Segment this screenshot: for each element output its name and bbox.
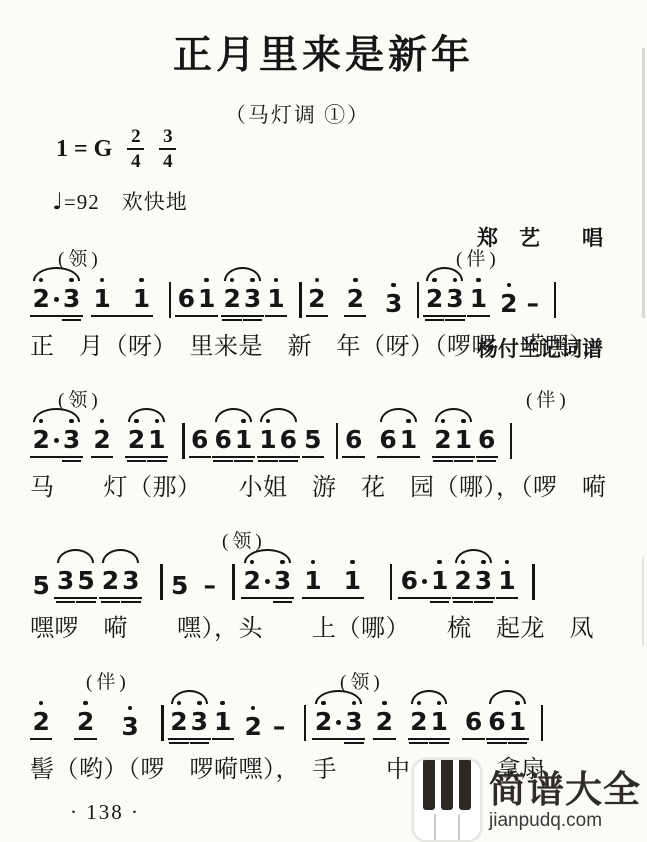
note-glyph: 3	[63, 427, 80, 453]
note: 1	[509, 701, 526, 736]
octave-dot	[406, 419, 411, 424]
quarter-note-icon: ♩	[52, 189, 64, 215]
part-label-accompany: (伴)	[86, 667, 130, 694]
note-glyph: 3	[446, 286, 463, 312]
note: 2	[77, 701, 94, 736]
octave-dot	[350, 560, 355, 565]
note: 6	[191, 419, 208, 454]
note-group-slurred: 35	[54, 560, 97, 600]
note: 2	[223, 278, 240, 313]
second-underline	[454, 460, 473, 463]
second-underline	[101, 601, 120, 604]
note-group-slurred: 23	[423, 278, 466, 318]
barline	[336, 423, 339, 459]
octave-dot	[39, 419, 44, 424]
tempo-marking: ♩=92 欢快地	[52, 186, 188, 216]
note: 2	[93, 419, 110, 454]
note: 2	[426, 278, 443, 313]
note-glyph: 2	[33, 427, 50, 453]
note-glyph: 5	[33, 573, 50, 599]
second-underline	[445, 319, 464, 322]
octave-dot	[83, 701, 88, 706]
note: 1	[430, 701, 447, 736]
note-group-slurred: 61	[212, 419, 255, 459]
note-glyph: 1	[431, 568, 448, 594]
note: 3	[385, 283, 402, 318]
note-glyph: 1	[133, 286, 150, 312]
barline	[510, 423, 513, 459]
part-label-accompany: (伴)	[526, 385, 570, 412]
second-underline	[127, 460, 146, 463]
note-group: 11	[302, 560, 364, 600]
barline	[161, 705, 164, 741]
note: 2	[243, 560, 260, 595]
note-group: 3	[382, 283, 404, 318]
second-underline	[430, 601, 449, 604]
octave-dot	[274, 278, 279, 283]
note: 2	[315, 701, 332, 736]
augmentation-dot	[421, 571, 428, 595]
note: 2	[410, 701, 427, 736]
note-glyph: 1	[259, 427, 276, 453]
note: 5	[33, 565, 50, 600]
note-glyph: 2	[347, 286, 364, 312]
key-signature: 1 = G 2 4 3 4	[56, 127, 176, 171]
note-group: 5	[302, 419, 324, 459]
octave-dot	[280, 560, 285, 565]
scan-artifact	[642, 556, 644, 646]
note: 2	[33, 701, 50, 736]
note-glyph: 2	[308, 286, 325, 312]
octave-dot	[382, 701, 387, 706]
note-glyph: 1	[344, 568, 361, 594]
note: 3	[63, 278, 80, 313]
note-glyph: 2	[243, 568, 260, 594]
note-glyph: 2	[93, 427, 110, 453]
note-glyph: 6	[401, 568, 418, 594]
second-underline	[56, 601, 75, 604]
octave-dot	[321, 701, 326, 706]
octave-dot	[69, 419, 74, 424]
note: 1	[235, 419, 252, 454]
note-glyph: 2	[33, 286, 50, 312]
note-glyph: 1	[509, 709, 526, 735]
note-glyph: 1	[304, 568, 321, 594]
barline	[304, 705, 307, 741]
note-glyph: 3	[345, 709, 362, 735]
note-group: 2	[306, 278, 328, 318]
note-group: 3	[119, 706, 141, 741]
fraction-bar	[127, 148, 144, 150]
second-underline	[273, 601, 292, 604]
note-group: 2	[30, 701, 52, 741]
note-group-slurred: 23	[30, 278, 83, 318]
note-group: –	[270, 706, 288, 741]
octave-dot	[251, 706, 256, 711]
second-underline	[477, 460, 496, 463]
black-key	[423, 760, 435, 810]
octave-dot	[139, 278, 144, 283]
note-group: –	[524, 283, 542, 318]
augmentation-dot	[335, 712, 342, 736]
note: 1	[431, 560, 448, 595]
note: 1	[214, 701, 231, 736]
note-group-slurred: 23	[99, 560, 142, 600]
note: 6	[401, 560, 418, 595]
octave-dot	[437, 701, 442, 706]
note-glyph: 6	[465, 709, 482, 735]
octave-dot	[266, 419, 271, 424]
octave-dot	[250, 560, 255, 565]
augmentation-dot	[264, 571, 271, 595]
note-glyph: 2	[102, 568, 119, 594]
music-system: (领)535235–231161231嘿啰 嗬 嘿），头 上（哪） 梳 起龙 凤	[30, 526, 642, 643]
note-glyph: 2	[315, 709, 332, 735]
octave-dot	[461, 560, 466, 565]
note-group-slurred: 21	[408, 701, 451, 741]
note: 6	[280, 419, 297, 454]
dot-glyph	[54, 297, 59, 302]
note: 6	[178, 278, 195, 313]
note-group-slurred: 23	[30, 419, 83, 459]
note-glyph: 6	[488, 709, 505, 735]
note-glyph: 2	[376, 709, 393, 735]
note: 2	[434, 419, 451, 454]
note: 2	[376, 701, 393, 736]
note: 3	[121, 706, 138, 741]
note-group: 6	[462, 701, 484, 741]
note: 3	[446, 278, 463, 313]
note-glyph: 6	[345, 427, 362, 453]
barline	[232, 564, 235, 600]
note-glyph: 2	[170, 709, 187, 735]
second-underline	[487, 742, 506, 745]
note-glyph: 1	[214, 709, 231, 735]
note-glyph: 3	[274, 568, 291, 594]
note-glyph: 1	[498, 568, 515, 594]
barline	[169, 282, 172, 318]
note: 5	[171, 565, 188, 600]
second-underline	[453, 601, 472, 604]
note-group-slurred: 23	[168, 701, 211, 741]
barline	[299, 282, 302, 318]
dash-extension: –	[203, 565, 216, 600]
octave-dot	[230, 278, 235, 283]
note-group-slurred: 23	[221, 278, 264, 318]
note-group: 2	[242, 706, 264, 741]
note: 6	[214, 419, 231, 454]
dot-glyph	[336, 720, 341, 725]
lyrics-line: 马 灯（那） 小姐 游 花 园（哪），（啰 嗬	[30, 467, 642, 502]
note-glyph: 2	[434, 427, 451, 453]
note: 2	[170, 701, 187, 736]
note: 3	[475, 560, 492, 595]
note: 1	[148, 419, 165, 454]
note: 2	[244, 706, 261, 741]
lyrics-line: 嘿啰 嗬 嘿），头 上（哪） 梳 起龙 凤	[30, 608, 642, 643]
note: 1	[259, 419, 276, 454]
second-underline	[409, 742, 428, 745]
barline	[182, 423, 185, 459]
octave-dot	[515, 701, 520, 706]
octave-dot	[69, 278, 74, 283]
octave-dot	[481, 560, 486, 565]
octave-dot	[197, 701, 202, 706]
note-glyph: –	[203, 573, 216, 599]
dash-extension: –	[273, 706, 286, 741]
note: 3	[191, 701, 208, 736]
note-glyph: 6	[178, 286, 195, 312]
octave-dot	[155, 419, 160, 424]
note-glyph: 6	[379, 427, 396, 453]
note-glyph: 2	[244, 714, 261, 740]
note-glyph: 5	[171, 573, 188, 599]
second-underline	[121, 601, 140, 604]
music-systems: (领)(伴)2311612312232312–正 月（呀） 里来是 新 年（呀）…	[30, 244, 642, 808]
octave-dot	[315, 278, 320, 283]
note-glyph: 1	[198, 286, 215, 312]
note-group: 2	[91, 419, 113, 459]
note-group: 61	[398, 560, 451, 600]
dot-glyph	[422, 579, 427, 584]
piano-keys-icon	[412, 758, 482, 842]
second-underline	[190, 742, 209, 745]
note: 1	[93, 278, 110, 313]
octave-dot	[220, 701, 225, 706]
barline	[417, 282, 420, 318]
note-glyph: 1	[235, 427, 252, 453]
scan-artifact	[642, 48, 645, 318]
octave-dot	[476, 278, 481, 283]
note-group: 1	[212, 701, 234, 741]
song-title: 正月里来是新年	[0, 24, 647, 80]
octave-dot	[507, 283, 512, 288]
octave-dot	[353, 278, 358, 283]
note-glyph: –	[273, 714, 286, 740]
octave-dot	[311, 560, 316, 565]
second-underline	[76, 601, 95, 604]
note-glyph: 6	[214, 427, 231, 453]
octave-dot	[100, 278, 105, 283]
note: 6	[345, 419, 362, 454]
note: 2	[308, 278, 325, 313]
note-group: 2	[344, 278, 366, 318]
note: 1	[400, 419, 417, 454]
note-glyph: –	[527, 291, 540, 317]
note-group: 5	[30, 565, 52, 600]
note: 2	[102, 560, 119, 595]
note-glyph: 3	[244, 286, 261, 312]
note-group: 6	[476, 419, 498, 459]
note: 2	[33, 419, 50, 454]
note-glyph: 2	[128, 427, 145, 453]
note-glyph: 3	[385, 291, 402, 317]
barline	[390, 564, 393, 600]
note-group-slurred: 61	[377, 419, 420, 459]
note-group-slurred: 21	[125, 419, 168, 459]
note-glyph: 2	[500, 291, 517, 317]
note-glyph: 3	[475, 568, 492, 594]
note: 1	[304, 560, 321, 595]
tempo-bpm: 92	[77, 190, 100, 214]
note-group-slurred: 61	[486, 701, 529, 741]
note: 2	[347, 278, 364, 313]
note-glyph: 3	[57, 568, 74, 594]
note-group: 1	[467, 278, 489, 318]
tempo-mood: 欢快地	[122, 190, 188, 214]
second-underline	[279, 460, 298, 463]
note-glyph: 2	[454, 568, 471, 594]
notation-row: 535235–231161231	[30, 553, 642, 599]
note: 1	[455, 419, 472, 454]
barline	[541, 705, 544, 741]
sheet-music-page: 正月里来是新年 （马灯调 ①） 1 = G 2 4 3 4 ♩=92 欢快地 郑…	[0, 0, 647, 842]
black-key	[459, 760, 471, 810]
second-underline	[474, 601, 493, 604]
time-signature-3-4: 3 4	[159, 127, 176, 171]
octave-dot	[204, 278, 209, 283]
octave-dot	[100, 419, 105, 424]
note: 2	[33, 278, 50, 313]
second-underline	[425, 319, 444, 322]
note-glyph: 1	[93, 286, 110, 312]
octave-dot	[241, 419, 246, 424]
note-glyph: 6	[478, 427, 495, 453]
key-label: 1 = G	[56, 136, 112, 163]
note-group-slurred: 23	[241, 560, 294, 600]
white-key-divider	[458, 814, 460, 840]
note: 3	[63, 419, 80, 454]
second-underline	[147, 460, 166, 463]
note: 6	[478, 419, 495, 454]
white-key-divider	[434, 814, 436, 840]
octave-dot	[391, 283, 396, 288]
note: 1	[133, 278, 150, 313]
note-group: 61	[175, 278, 218, 318]
lyrics-line: 正 月（呀） 里来是 新 年（呀）（啰啰 嗬嘿），	[30, 326, 642, 361]
note: 1	[198, 278, 215, 313]
barline	[160, 564, 163, 600]
note-glyph: 5	[304, 427, 321, 453]
octave-dot	[432, 278, 437, 283]
note-group: 2	[498, 283, 520, 318]
watermark-logo: 简谱大全 jianpudq.com	[412, 758, 641, 842]
second-underline	[344, 742, 363, 745]
octave-dot	[352, 701, 357, 706]
dash-extension: –	[527, 283, 540, 318]
note-group-slurred: 21	[432, 419, 475, 459]
part-label-accompany: (伴)	[456, 244, 500, 271]
octave-dot	[177, 701, 182, 706]
note-group-slurred: 23	[312, 701, 365, 741]
notation-row: 2311612312232312–	[30, 271, 642, 317]
dot-glyph	[265, 579, 270, 584]
note-group: 5	[169, 565, 191, 600]
octave-dot	[441, 419, 446, 424]
dot-glyph	[54, 438, 59, 443]
octave-dot	[128, 706, 133, 711]
note-glyph: 6	[191, 427, 208, 453]
note-group: 11	[91, 278, 153, 318]
octave-dot	[453, 278, 458, 283]
second-underline	[429, 742, 448, 745]
octave-dot	[39, 701, 44, 706]
note: 1	[498, 560, 515, 595]
octave-dot	[505, 560, 510, 565]
octave-dot	[134, 419, 139, 424]
note-glyph: 6	[280, 427, 297, 453]
note-group-slurred: 16	[257, 419, 300, 459]
note-glyph: 2	[33, 709, 50, 735]
note-glyph: 2	[410, 709, 427, 735]
second-underline	[213, 460, 232, 463]
note-glyph: 3	[191, 709, 208, 735]
note-glyph: 5	[77, 568, 94, 594]
second-underline	[222, 319, 241, 322]
note: 6	[488, 701, 505, 736]
black-key	[441, 760, 453, 810]
note-group: 1	[496, 560, 518, 600]
barline	[532, 564, 535, 600]
note-glyph: 2	[77, 709, 94, 735]
note: 3	[345, 701, 362, 736]
octave-dot	[437, 560, 442, 565]
note-group: 2	[373, 701, 395, 741]
second-underline	[169, 742, 188, 745]
augmentation-dot	[53, 289, 60, 313]
note: 6	[465, 701, 482, 736]
note-glyph: 1	[470, 286, 487, 312]
octave-dot	[417, 701, 422, 706]
note: 6	[379, 419, 396, 454]
note-group: 6	[189, 419, 211, 459]
brand-url: jianpudq.com	[489, 811, 641, 830]
note: 3	[122, 560, 139, 595]
octave-dot	[461, 419, 466, 424]
second-underline	[243, 319, 262, 322]
second-underline	[433, 460, 452, 463]
part-labels-row: (领)(伴)	[30, 385, 642, 412]
augmentation-dot	[53, 430, 60, 454]
song-subtitle: （马灯调 ①）	[0, 99, 595, 129]
music-system: (领)(伴)23221661165661216马 灯（那） 小姐 游 花 园（哪…	[30, 385, 642, 502]
note-glyph: 1	[148, 427, 165, 453]
note-group: –	[201, 565, 219, 600]
second-underline	[258, 460, 277, 463]
note-glyph: 3	[121, 714, 138, 740]
note-glyph: 2	[426, 286, 443, 312]
second-underline	[234, 460, 253, 463]
note-glyph: 1	[267, 286, 284, 312]
note: 1	[344, 560, 361, 595]
note-group: 2	[74, 701, 96, 741]
notation-row: 23221661165661216	[30, 412, 642, 458]
page-number: · 138 ·	[70, 800, 140, 825]
second-underline	[508, 742, 527, 745]
music-system: (领)(伴)2311612312232312–正 月（呀） 里来是 新 年（呀）…	[30, 244, 642, 361]
note-group: 1	[265, 278, 287, 318]
brand-text: 简谱大全 jianpudq.com	[489, 771, 641, 830]
second-underline	[62, 460, 81, 463]
octave-dot	[250, 278, 255, 283]
note: 2	[500, 283, 517, 318]
note: 5	[304, 419, 321, 454]
fraction-bar	[159, 148, 176, 150]
note-glyph: 3	[122, 568, 139, 594]
brand-name: 简谱大全	[489, 771, 641, 808]
time-signature-2-4: 2 4	[127, 127, 144, 171]
note-glyph: 1	[400, 427, 417, 453]
